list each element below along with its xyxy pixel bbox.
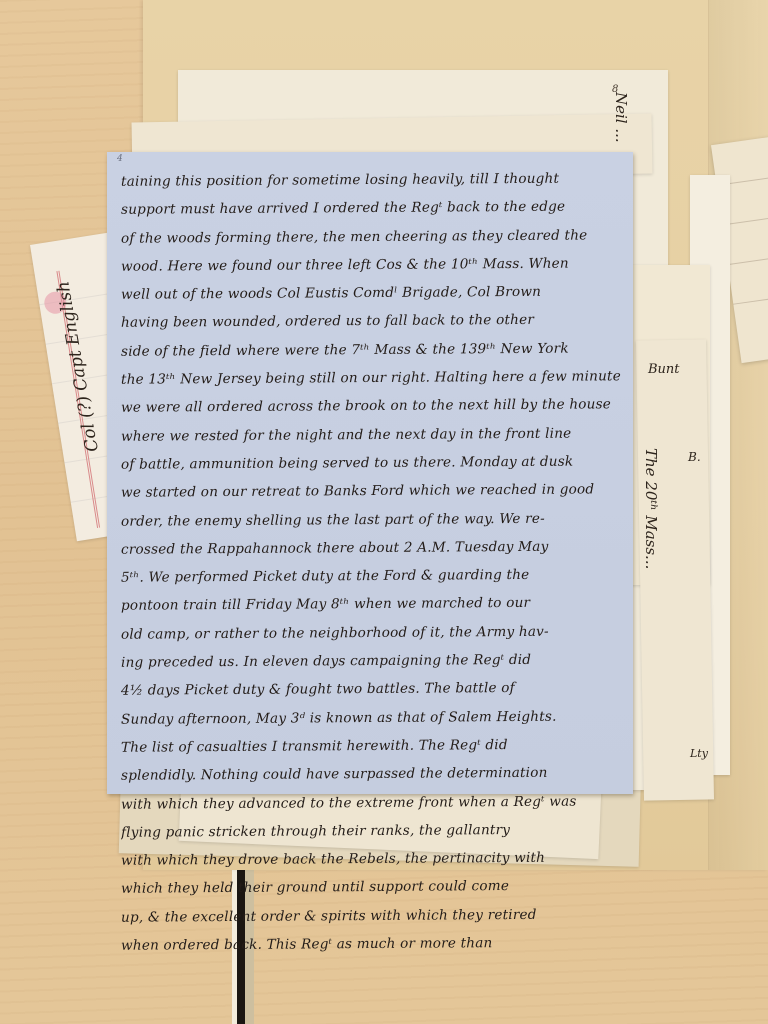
letter-line: support must have arrived I ordered the … — [121, 193, 621, 225]
letter-body: taining this position for sometime losin… — [121, 166, 621, 958]
letter-line: 4½ days Picket duty & fought two battles… — [121, 674, 621, 706]
letter-line: crossed the Rappahannock there about 2 A… — [121, 532, 621, 564]
letter-line: The list of casualties I transmit herewi… — [121, 730, 621, 762]
letter-line: where we rested for the night and the ne… — [121, 419, 621, 451]
right-sheet-note-1: Bunt — [648, 362, 680, 377]
right-sheet-note-3: B. — [688, 450, 701, 464]
letter-line: the 13ᵗʰ New Jersey being still on our r… — [121, 362, 621, 394]
letter-line: old camp, or rather to the neighborhood … — [121, 617, 621, 649]
letter-line: Sunday afternoon, May 3ᵈ is known as tha… — [121, 702, 621, 734]
letter-line: well out of the woods Col Eustis Comdˡ B… — [121, 277, 621, 309]
letter-line: ing preceded us. In eleven days campaign… — [121, 645, 621, 677]
letter-line: we started on our retreat to Banks Ford … — [121, 476, 621, 508]
letter-line: flying panic stricken through their rank… — [121, 815, 621, 847]
letter-line: side of the field where were the 7ᵗʰ Mas… — [121, 334, 621, 366]
page-number: 4 — [117, 154, 123, 164]
top-sheet-note: Neil ... — [612, 92, 630, 143]
letter-line: order, the enemy shelling us the last pa… — [121, 504, 621, 536]
letter-line: when ordered back. This Regᵗ as much or … — [121, 928, 621, 960]
letter-line: of the woods forming there, the men chee… — [121, 221, 621, 253]
right-sheet-note-bottom: Lty — [690, 747, 708, 760]
letter-line: pontoon train till Friday May 8ᵗʰ when w… — [121, 589, 621, 621]
letter-line: taining this position for sometime losin… — [121, 164, 621, 196]
letter-line: splendidly. Nothing could have surpassed… — [121, 758, 621, 790]
letter-line: up, & the excellent order & spirits with… — [121, 900, 621, 932]
letter-line: having been wounded, ordered us to fall … — [121, 306, 621, 338]
letter-line: with which they advanced to the extreme … — [121, 787, 621, 819]
right-sheet-2 — [636, 339, 714, 800]
letter-line: we were all ordered across the brook on … — [121, 391, 621, 423]
right-sheet-note-2: The 20ᵗʰ Mass... — [642, 448, 660, 569]
letter-line: which they held their ground until suppo… — [121, 872, 621, 904]
handwritten-letter: 4 taining this position for sometime los… — [107, 152, 633, 794]
letter-line: with which they drove back the Rebels, t… — [121, 843, 621, 875]
letter-line: 5ᵗʰ. We performed Picket duty at the For… — [121, 560, 621, 592]
letter-line: of battle, ammunition being served to us… — [121, 447, 621, 479]
letter-line: wood. Here we found our three left Cos &… — [121, 249, 621, 281]
